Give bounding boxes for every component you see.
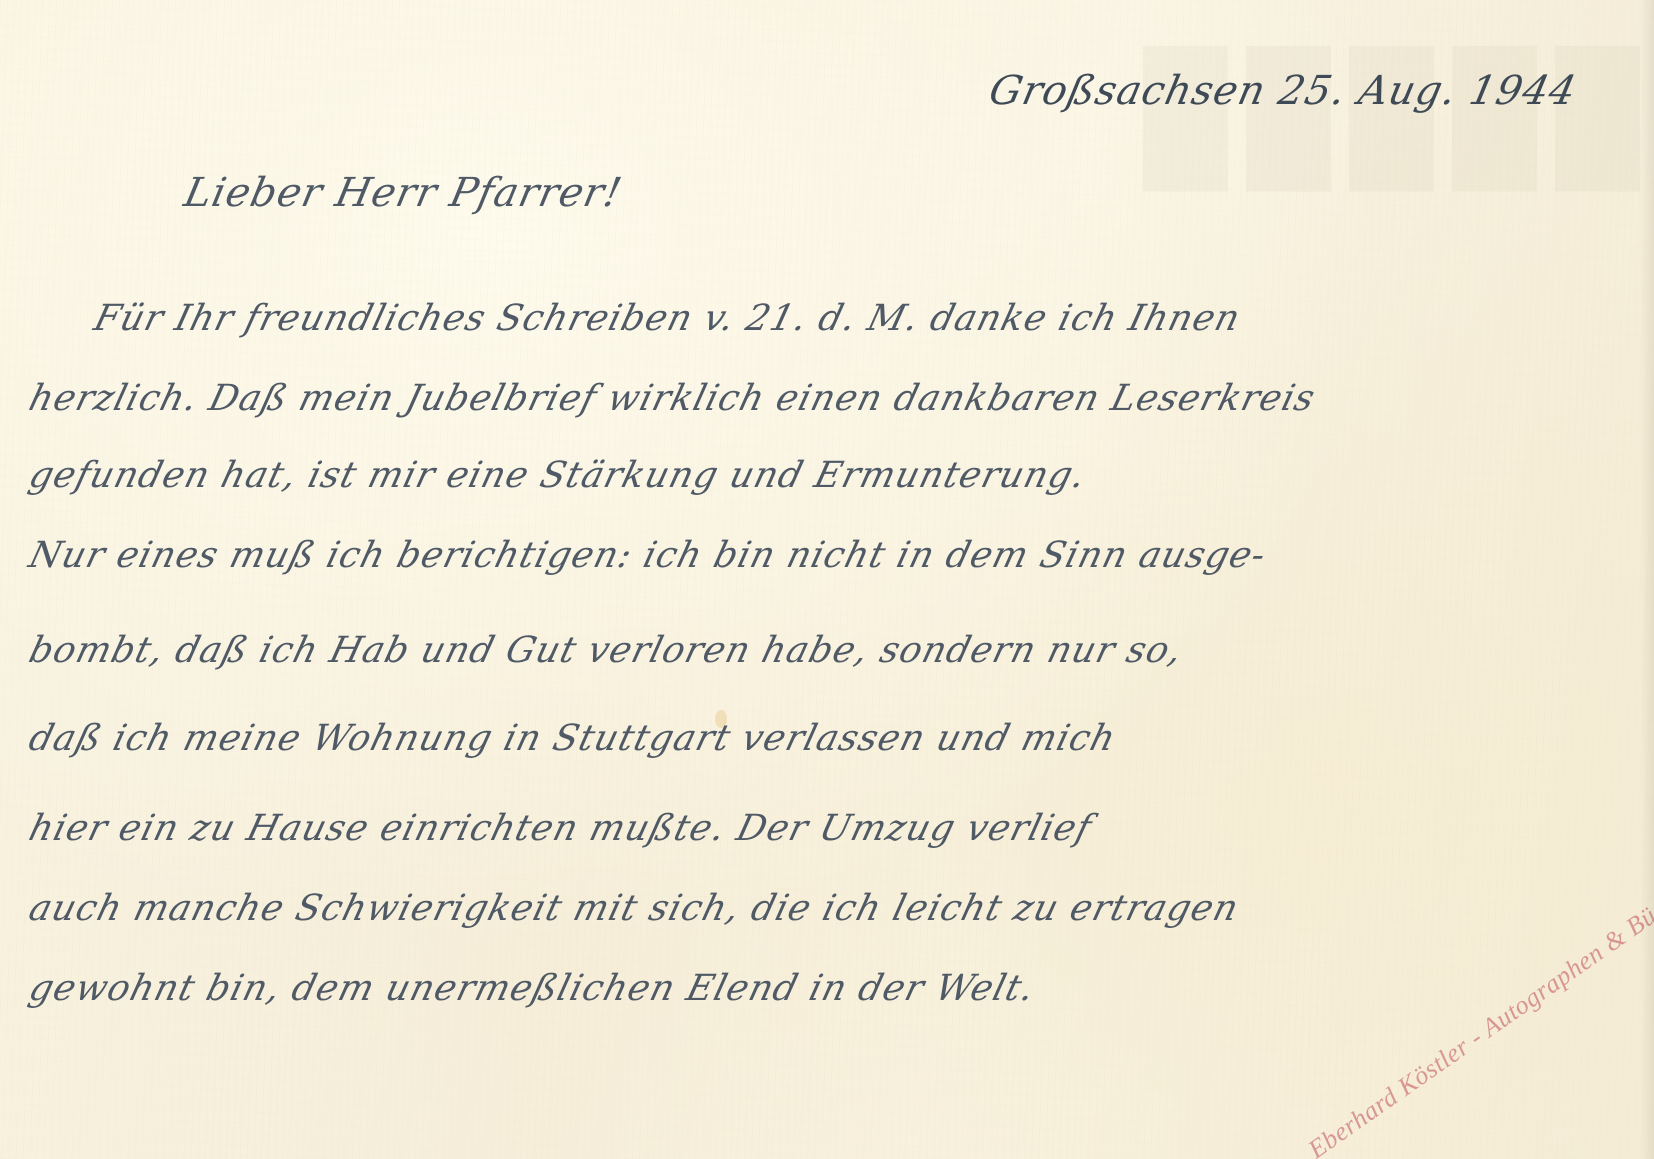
body-line-4: Nur eines muß ich berichtigen: ich bin n… bbox=[25, 535, 1271, 576]
body-line-5: bombt, daß ich Hab und Gut verloren habe… bbox=[25, 630, 1187, 671]
body-line-7: hier ein zu Hause einrichten mußte. Der … bbox=[25, 808, 1096, 849]
salutation: Lieber Herr Pfarrer! bbox=[180, 170, 626, 216]
body-line-1: Für Ihr freundliches Schreiben v. 21. d.… bbox=[90, 298, 1245, 339]
body-line-3: gefunden hat, ist mir eine Stärkung und … bbox=[25, 455, 1090, 496]
page-edge-shadow bbox=[1640, 0, 1654, 1159]
place-date-line: Großsachsen 25. Aug. 1944 bbox=[985, 68, 1581, 114]
body-line-2: herzlich. Daß mein Jubelbrief wirklich e… bbox=[25, 378, 1320, 419]
body-line-9: gewohnt bin, dem unermeßlichen Elend in … bbox=[25, 968, 1039, 1009]
letter-page: █████ Großsachsen 25. Aug. 1944 Lieber H… bbox=[0, 0, 1654, 1159]
dealer-watermark: Eberhard Köstler - Autographen & Bücher bbox=[1303, 873, 1654, 1159]
body-line-6: daß ich meine Wohnung in Stuttgart verla… bbox=[25, 718, 1120, 759]
body-line-8: auch manche Schwierigkeit mit sich, die … bbox=[25, 888, 1243, 929]
